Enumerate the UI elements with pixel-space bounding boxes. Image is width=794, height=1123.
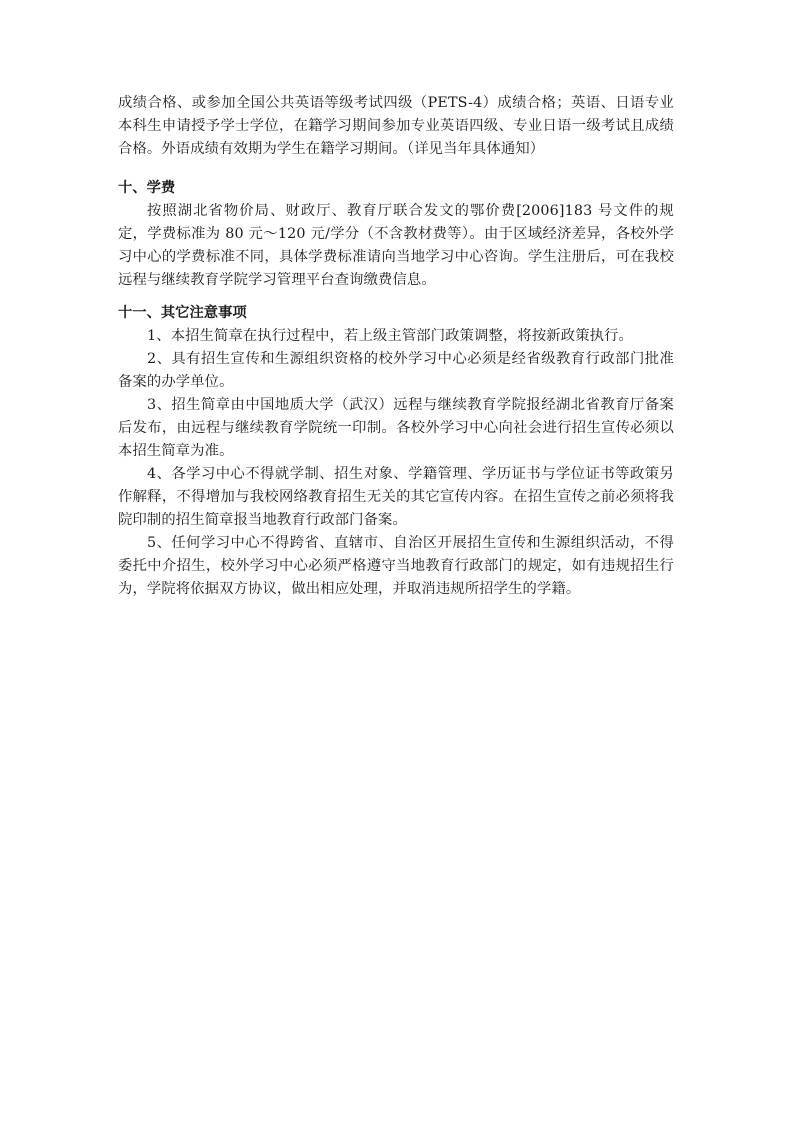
notes-item-4: 4、各学习中心不得就学制、招生对象、学籍管理、学历证书与学位证书等政策另作解释，… — [118, 463, 674, 532]
section-heading-tuition: 十、学费 — [118, 177, 674, 200]
notes-item-1: 1、本招生简章在执行过程中，若上级主管部门政策调整，将按新政策执行。 — [118, 325, 674, 348]
tuition-paragraph: 按照湖北省物价局、财政厅、教育厅联合发文的鄂价费[2006]183 号文件的规定… — [118, 200, 674, 292]
notes-item-3: 3、招生简章由中国地质大学（武汉）远程与继续教育学院报经湖北省教育厅备案后发布，… — [118, 394, 674, 463]
section-other-notes: 十一、其它注意事项 1、本招生简章在执行过程中，若上级主管部门政策调整，将按新政… — [118, 302, 674, 601]
intro-paragraph: 成绩合格、或参加全国公共英语等级考试四级（PETS-4）成绩合格；英语、日语专业… — [118, 92, 674, 161]
document-page: 成绩合格、或参加全国公共英语等级考试四级（PETS-4）成绩合格；英语、日语专业… — [118, 92, 674, 601]
notes-item-2: 2、具有招生宣传和生源组织资格的校外学习中心必须是经省级教育行政部门批准备案的办… — [118, 348, 674, 394]
section-tuition: 十、学费 按照湖北省物价局、财政厅、教育厅联合发文的鄂价费[2006]183 号… — [118, 177, 674, 292]
section-heading-other-notes: 十一、其它注意事项 — [118, 302, 674, 325]
notes-item-5: 5、任何学习中心不得跨省、直辖市、自治区开展招生宣传和生源组织活动，不得委托中介… — [118, 532, 674, 601]
